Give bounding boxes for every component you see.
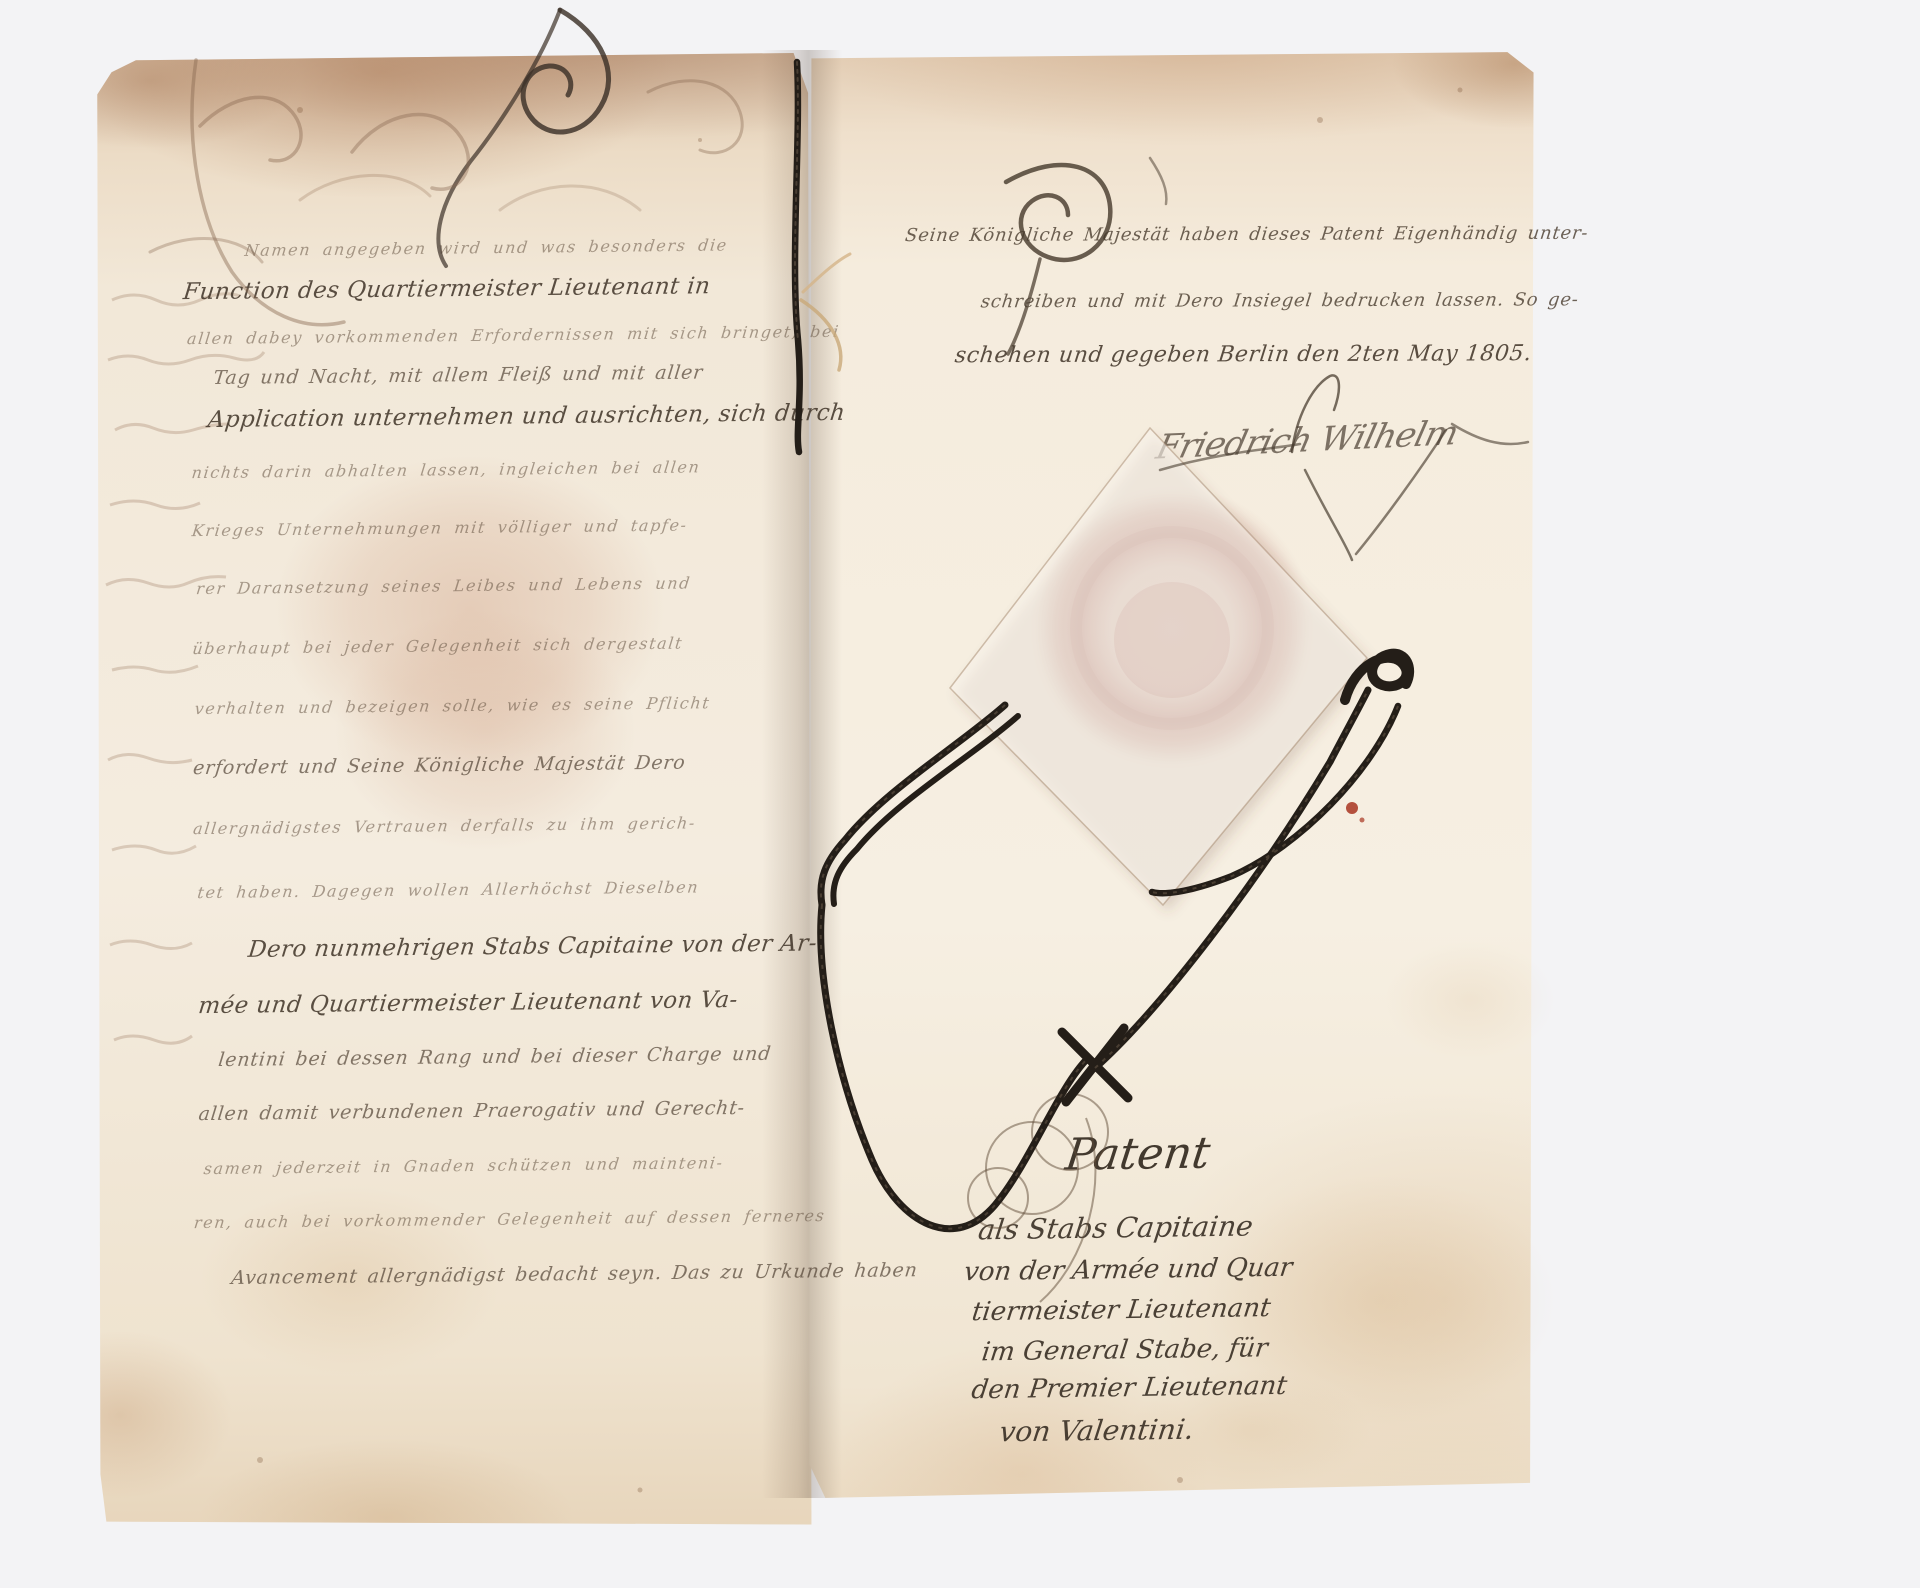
manuscript-line: Seine Königliche Majestät haben dieses P…: [904, 223, 1590, 246]
manuscript-line: Namen angegeben wird und was besonders d…: [244, 235, 729, 259]
document-photo: Namen angegeben wird und was besonders d…: [0, 0, 1920, 1588]
royal-signature: Friedrich Wilhelm: [1152, 413, 1461, 467]
manuscript-line: schehen und gegeben Berlin den 2ten May …: [953, 341, 1533, 368]
manuscript-line: erfordert und Seine Königliche Majestät …: [192, 752, 687, 780]
manuscript-line: ren, auch bei vorkommender Gelegenheit a…: [193, 1206, 827, 1232]
manuscript-line: allen dabey vorkommenden Erfordernissen …: [186, 322, 841, 348]
manuscript-line: lentini bei dessen Rang und bei dieser C…: [217, 1043, 772, 1071]
manuscript-line: rer Daransetzung seines Leibes und Leben…: [195, 574, 692, 599]
docket-line: den Premier Lieutenant: [970, 1371, 1289, 1405]
right-page-text-block: Seine Königliche Majestät haben dieses P…: [803, 47, 1536, 1504]
manuscript-line: Function des Quartiermeister Lieutenant …: [182, 273, 712, 305]
manuscript-line: nichts darin abhalten lassen, ingleichen…: [191, 457, 702, 482]
manuscript-line: Krieges Unternehmungen mit völliger und …: [191, 516, 689, 541]
docket-line: von der Armée und Quar: [962, 1253, 1294, 1288]
manuscript-line: Dero nunmehrigen Stabs Capitaine von der…: [247, 930, 819, 962]
left-page-text-block: Namen angegeben wird und was besonders d…: [93, 48, 817, 1533]
manuscript-line: allergnädigstes Vertrauen derfalls zu ih…: [192, 813, 697, 838]
manuscript-line: allen damit verbundenen Praerogativ und …: [197, 1097, 746, 1125]
manuscript-line: Application unternehmen und ausrichten, …: [206, 400, 846, 433]
docket-line: von Valentini.: [998, 1413, 1196, 1449]
docket-line: im General Stabe, für: [980, 1333, 1270, 1367]
manuscript-line: überhaupt bei jeder Gelegenheit sich der…: [191, 634, 684, 659]
manuscript-line: samen jederzeit in Gnaden schützen und m…: [203, 1153, 725, 1178]
manuscript-line: mée und Quartiermeister Lieutenant von V…: [197, 987, 739, 1019]
manuscript-line: verhalten und bezeigen solle, wie es sei…: [194, 693, 712, 718]
manuscript-line: Tag und Nacht, mit allem Fleiß und mit a…: [212, 361, 704, 389]
docket-title: Patent: [1063, 1128, 1213, 1181]
docket-line: tiermeister Lieutenant: [970, 1293, 1272, 1327]
manuscript-line: tet haben. Dagegen wollen Allerhöchst Di…: [196, 877, 700, 902]
manuscript-line: schreiben und mit Dero Insiegel bedrucke…: [980, 289, 1580, 312]
docket-line: als Stabs Capitaine: [976, 1210, 1255, 1247]
